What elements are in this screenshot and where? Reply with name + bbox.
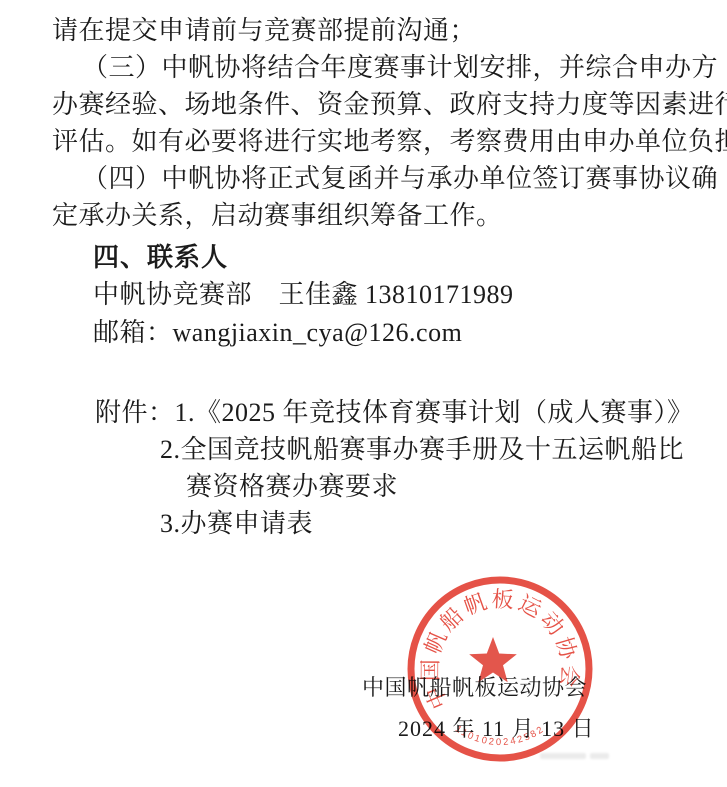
body-line: 办赛经验、场地条件、资金预算、政府支持力度等因素进行 xyxy=(52,86,727,123)
seal-code: 1101020242582 xyxy=(453,723,547,748)
faint-scan-artifact xyxy=(540,753,586,759)
attachment-item2-line2: 赛资格赛办赛要求 xyxy=(186,468,398,505)
body-line: （四）中帆协将正式复函并与承办单位签订赛事协议确 xyxy=(82,160,718,197)
contact-email-line: 邮箱：wangjiaxin_cya@126.com xyxy=(93,314,462,351)
attachments-label-item1: 附件：1.《2025 年竞技体育赛事计划（成人赛事）》 xyxy=(95,394,694,431)
attachment-item2-line1: 2.全国竞技帆船赛事办赛手册及十五运帆船比 xyxy=(160,431,684,468)
body-line: 评估。如有必要将进行实地考察，考察费用由申办单位负担。 xyxy=(52,123,727,160)
star-icon xyxy=(469,637,517,682)
document-page: 请在提交申请前与竞赛部提前沟通； （三）中帆协将结合年度赛事计划安排，并综合申办… xyxy=(0,0,727,787)
body-line: 请在提交申请前与竞赛部提前沟通； xyxy=(52,12,476,49)
body-line: （三）中帆协将结合年度赛事计划安排，并综合申办方 xyxy=(82,49,718,86)
faint-scan-artifact xyxy=(590,753,609,759)
attachment-item3: 3.办赛申请表 xyxy=(160,505,313,542)
seal-arc-text: 中国帆船帆板运动协会 xyxy=(406,575,586,713)
contact-person-line: 中帆协竞赛部 王佳鑫 13810171989 xyxy=(93,276,514,313)
contacts-heading: 四、联系人 xyxy=(93,239,228,276)
official-seal: 中国帆船帆板运动协会 1101020242582 xyxy=(400,569,600,769)
body-line: 定承办关系，启动赛事组织筹备工作。 xyxy=(52,197,503,234)
